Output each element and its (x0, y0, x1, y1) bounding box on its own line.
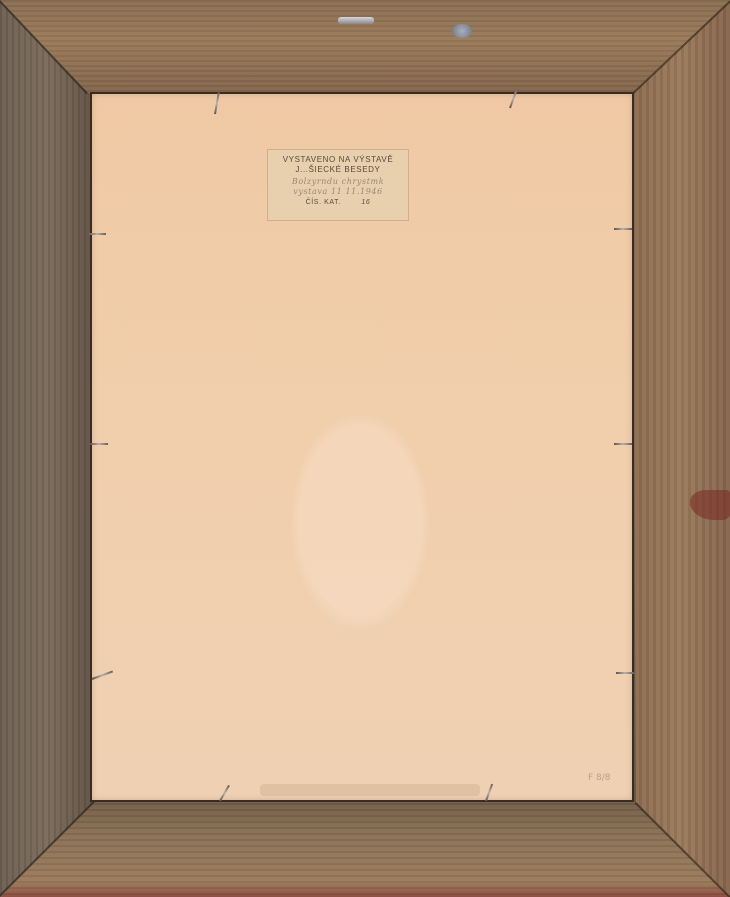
catalog-label: ČÍS. KAT. (306, 199, 341, 206)
label-handwriting-2: vystava 11 11.1946 (268, 187, 408, 197)
label-line-2: J...ŠIECKÉ BESEDY (268, 165, 408, 174)
pencil-mark: F 8/8 (588, 773, 611, 783)
frame-right-rail (632, 0, 730, 897)
nail-right-1 (614, 228, 632, 230)
catalog-number: ČÍS. KAT. 16 (268, 199, 408, 206)
frame-top-rail (0, 0, 730, 100)
exhibition-label: VYSTAVENO NA VÝSTAVĚ J...ŠIECKÉ BESEDY B… (268, 150, 408, 220)
catalog-value: 16 (361, 199, 370, 206)
frame-left-rail (0, 0, 95, 897)
frame-bottom-rail (0, 797, 730, 897)
wood-knot (452, 24, 472, 38)
nail-left-2 (90, 443, 108, 445)
metal-staple (338, 17, 374, 24)
faded-inscription (260, 784, 480, 796)
label-line-1: VYSTAVENO NA VÝSTAVĚ (268, 155, 408, 164)
label-handwriting-1: Bolzyrndu chrystmk (268, 177, 408, 187)
nail-right-3 (616, 672, 634, 674)
nail-left-1 (88, 233, 106, 235)
frame-back-photo: VYSTAVENO NA VÝSTAVĚ J...ŠIECKÉ BESEDY B… (0, 0, 730, 897)
nail-right-2 (614, 443, 632, 445)
